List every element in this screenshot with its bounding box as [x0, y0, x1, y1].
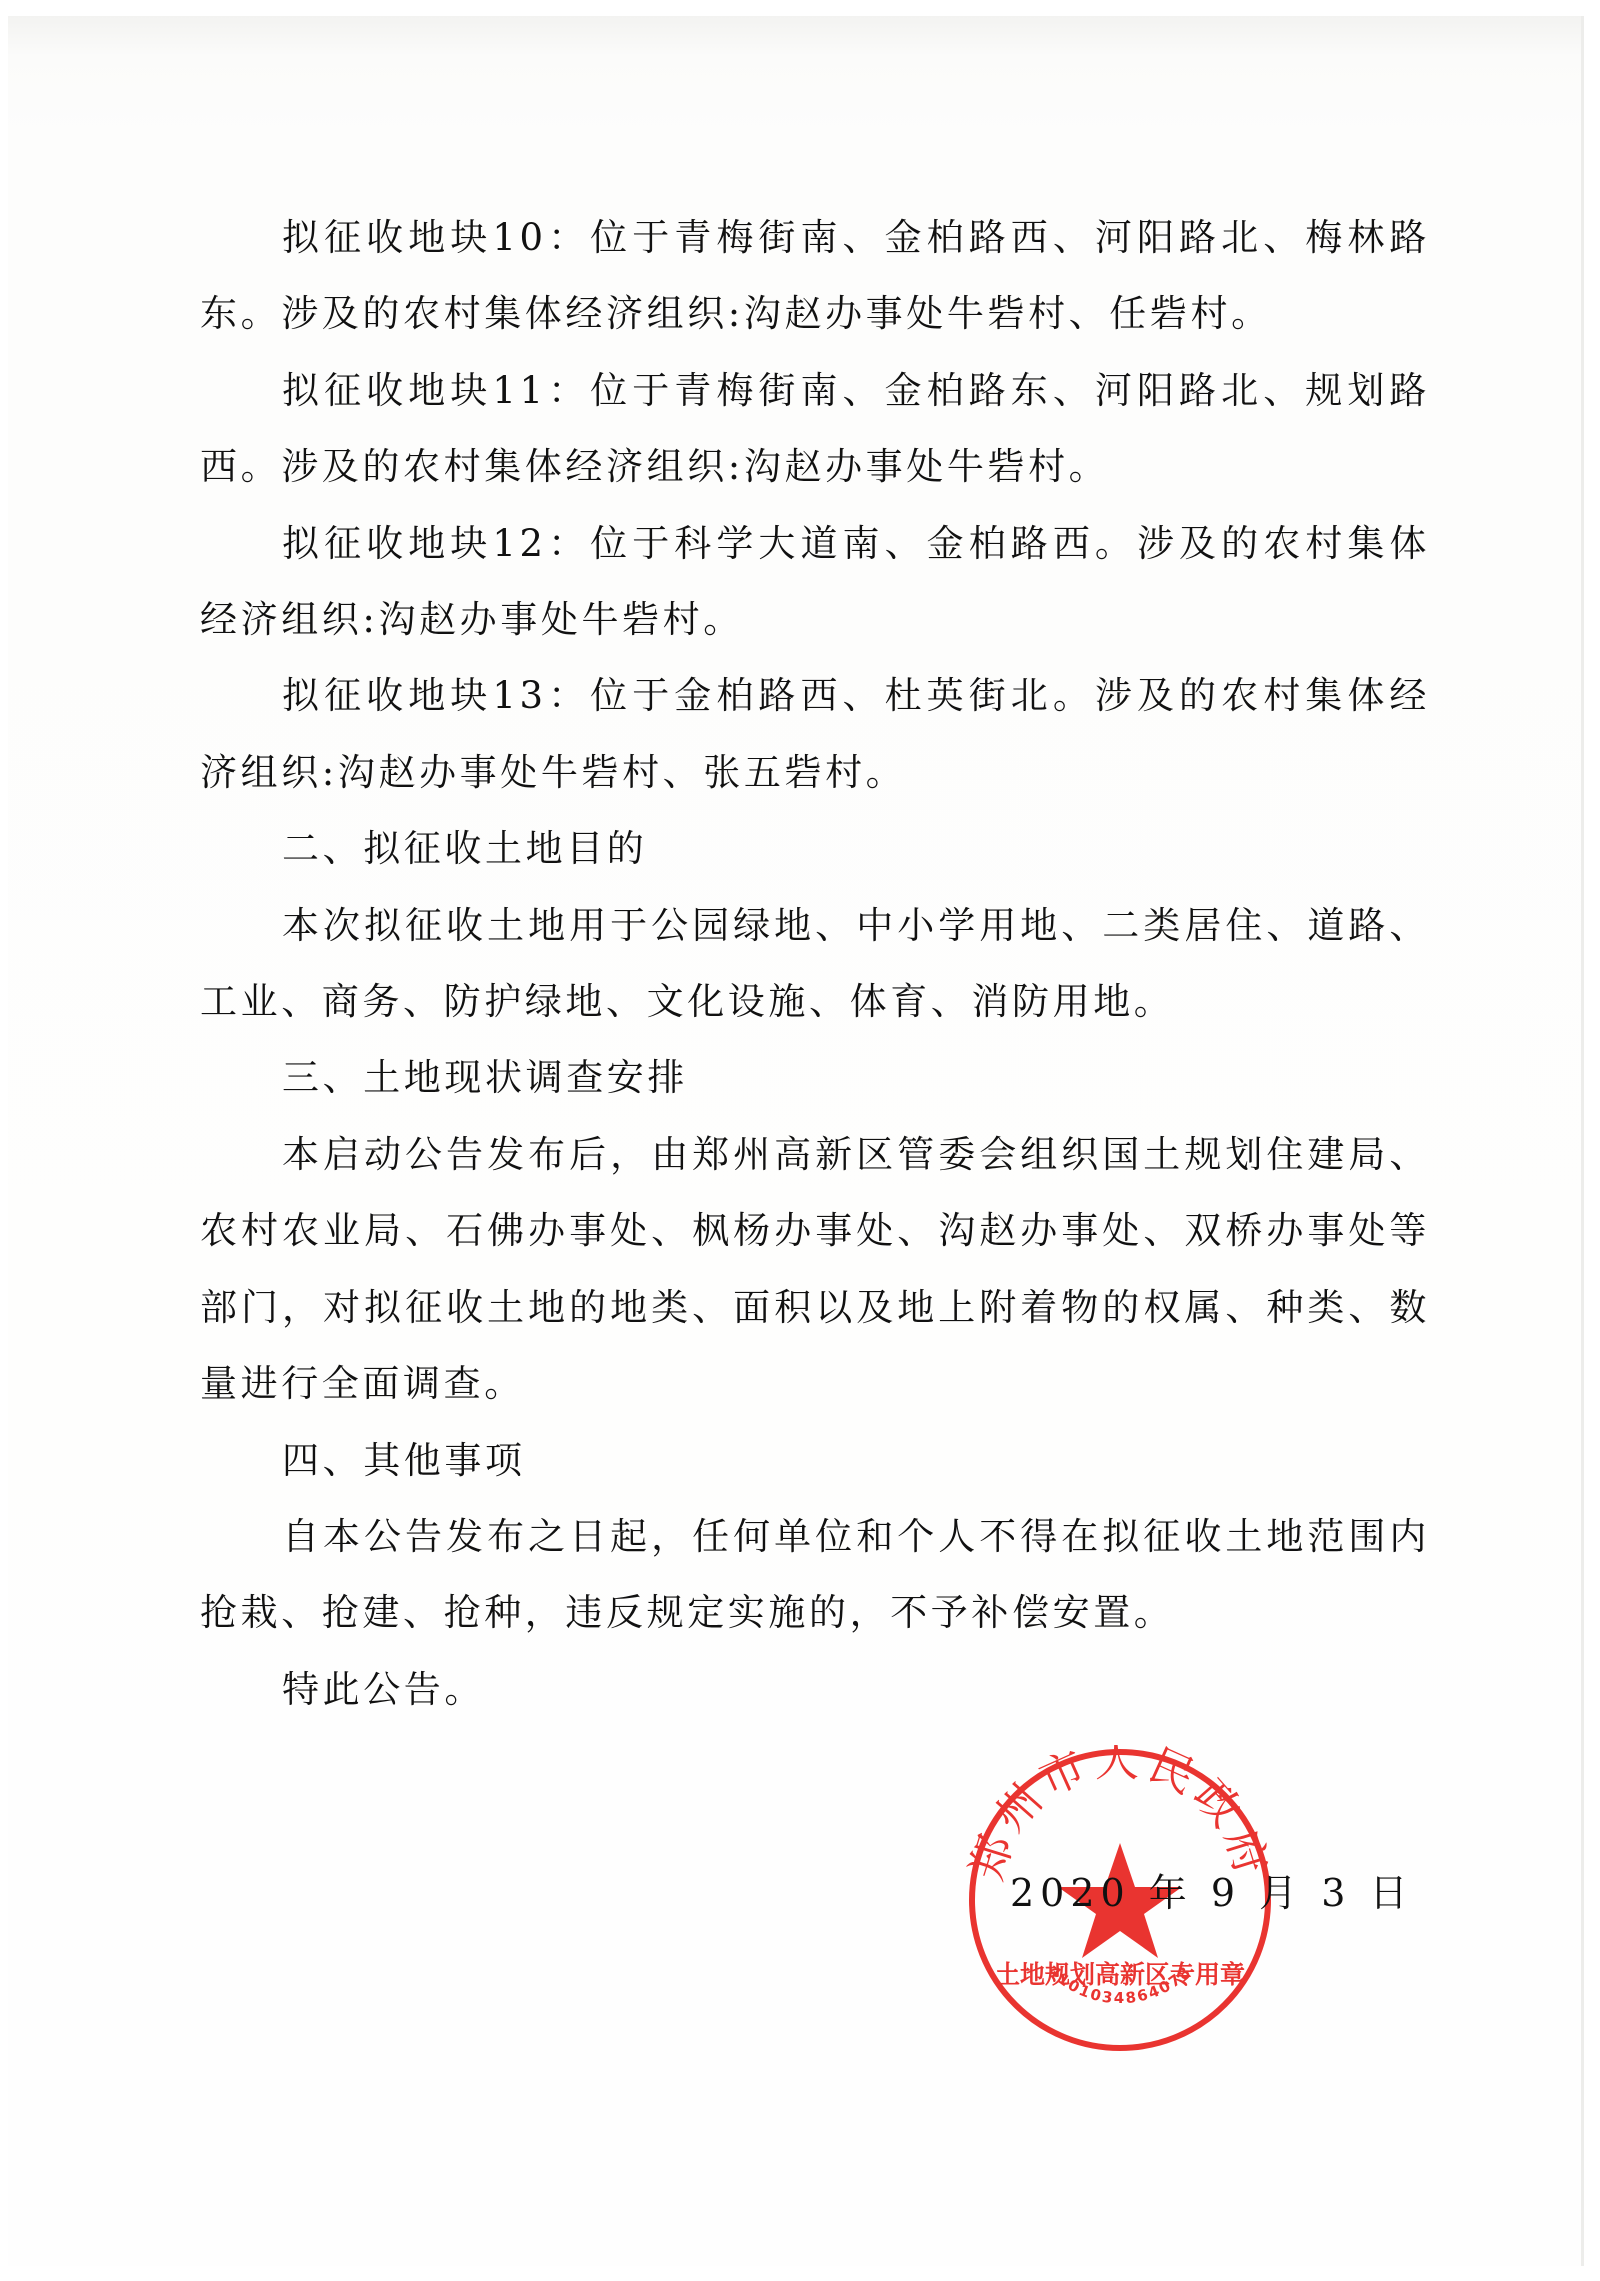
paragraph-other: 自本公告发布之日起，任何单位和个人不得在拟征收土地范围内抢栽、抢建、抢种，违反规… [200, 1499, 1430, 1652]
paragraph-survey: 本启动公告发布后，由郑州高新区管委会组织国土规划住建局、农村农业局、石佛办事处、… [200, 1117, 1430, 1423]
document-body: 拟征收地块10：位于青梅街南、金柏路西、河阳路北、梅林路东。涉及的农村集体经济组… [200, 200, 1430, 1728]
paragraph-plot-12: 拟征收地块12：位于科学大道南、金柏路西。涉及的农村集体经济组织:沟赵办事处牛砦… [200, 506, 1430, 659]
paragraph-plot-11: 拟征收地块11：位于青梅街南、金柏路东、河阳路北、规划路西。涉及的农村集体经济组… [200, 353, 1430, 506]
paragraph-plot-13: 拟征收地块13：位于金柏路西、杜英街北。涉及的农村集体经济组织:沟赵办事处牛砦村… [200, 658, 1430, 811]
section-heading-purpose: 二、拟征收土地目的 [200, 811, 1430, 887]
closing-statement: 特此公告。 [200, 1652, 1430, 1728]
document-date: 2020 年 9 月 3 日 [1010, 1862, 1413, 1917]
scan-edge [1581, 16, 1584, 2266]
paragraph-plot-10: 拟征收地块10：位于青梅街南、金柏路西、河阳路北、梅林路东。涉及的农村集体经济组… [200, 200, 1430, 353]
section-heading-survey: 三、土地现状调查安排 [200, 1040, 1430, 1116]
paragraph-purpose: 本次拟征收土地用于公园绿地、中小学用地、二类居住、道路、工业、商务、防护绿地、文… [200, 888, 1430, 1041]
seal-bottom-text: 土地规划高新区专用章 [995, 1960, 1245, 1989]
section-heading-other: 四、其他事项 [200, 1423, 1430, 1499]
